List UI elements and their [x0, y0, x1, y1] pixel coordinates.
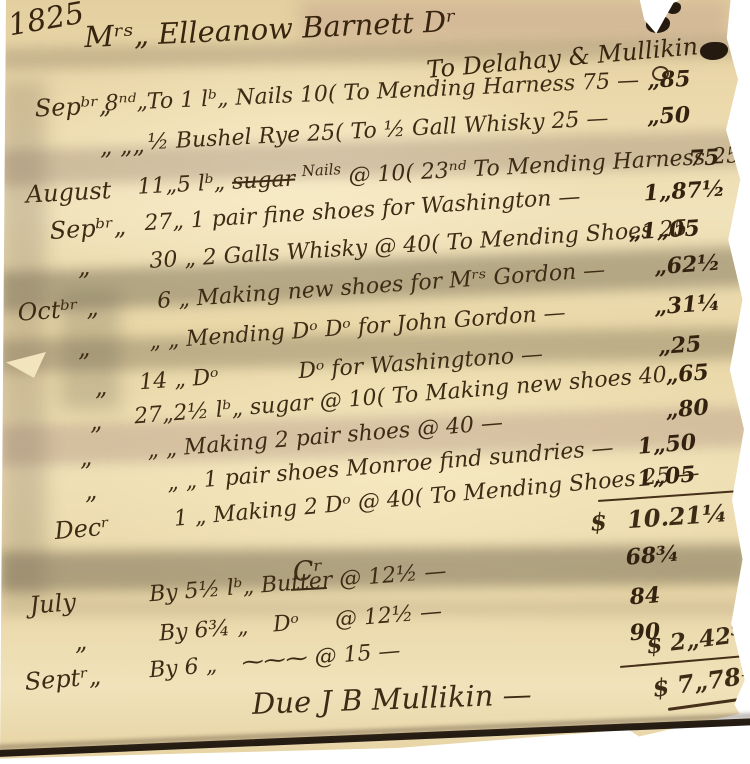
month-label: „ [94, 373, 108, 402]
settlement-amount: $ 7„78½ [651, 658, 750, 703]
month-label: „ [77, 253, 91, 282]
signature-line: Due J B Mullikin — [251, 677, 532, 721]
month-label: Sepᵇʳ„ [49, 212, 127, 245]
header-year: 1825 [6, 0, 87, 43]
month-label: August [25, 176, 112, 208]
month-label: „ [88, 407, 103, 436]
month-label: „ [77, 334, 91, 363]
row-amount: „31¼ [653, 290, 721, 321]
debit-total: $ 10.21¼ [589, 498, 728, 537]
month-label: „ [73, 627, 88, 656]
month-label: „ [78, 443, 93, 472]
row-amount: „50 [646, 102, 691, 130]
month-label: July [29, 588, 77, 620]
inserted-word: Nails [301, 160, 341, 180]
row-amount: „25 [657, 331, 702, 360]
month-label: Octᵇʳ „ [17, 293, 100, 327]
row-amount: „62½ [653, 250, 721, 281]
row-day: 11„5 lᵇ„ [137, 170, 226, 200]
row-amount: 1„87½ [643, 176, 726, 207]
row-amount: „1„05 [628, 215, 701, 245]
month-label: „ „„ [99, 130, 145, 160]
row-amount: „65 [665, 359, 710, 388]
row-amount: 75 [688, 144, 720, 172]
month-label: „ [83, 476, 98, 505]
row-amount: 68¾ [625, 541, 680, 571]
row-amount: „80 [665, 394, 710, 423]
row-amount: 84 [629, 582, 662, 610]
paper: 1825 Mʳˢ„ Elleanow Barnett Dʳ To Delahay… [0, 0, 750, 764]
document-scan: 1825 Mʳˢ„ Elleanow Barnett Dʳ To Delahay… [0, 0, 750, 764]
month-label: Septʳ„ [24, 662, 102, 696]
struck-word: sugar [231, 167, 295, 195]
ink-blob [738, 0, 748, 24]
month-label: Decʳ [53, 512, 110, 545]
row-amount: 1„05 [636, 461, 697, 492]
row-amount: „85 [647, 66, 691, 94]
row-amount: 1„50 [637, 429, 697, 460]
month-label: Sepᵇʳ„ [34, 91, 112, 122]
